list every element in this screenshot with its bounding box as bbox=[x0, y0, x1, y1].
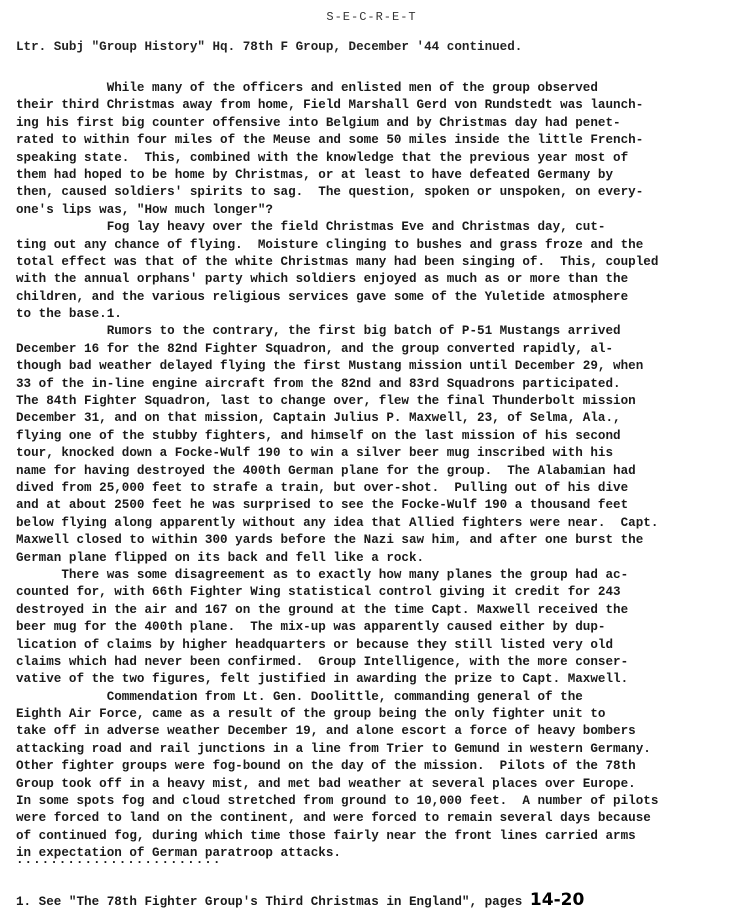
text-line: Other fighter groups were fog-bound on t… bbox=[16, 758, 728, 775]
text-line: The 84th Fighter Squadron, last to chang… bbox=[16, 393, 728, 410]
text-line: beer mug for the 400th plane. The mix-up… bbox=[16, 619, 728, 636]
text-line: Maxwell closed to within 300 yards befor… bbox=[16, 532, 728, 549]
text-line: below flying along apparently without an… bbox=[16, 515, 728, 532]
text-line: rated to within four miles of the Meuse … bbox=[16, 132, 728, 149]
text-line: destroyed in the air and 167 on the grou… bbox=[16, 602, 728, 619]
text-line: Rumors to the contrary, the first big ba… bbox=[16, 323, 728, 340]
classification-marking: S-E-C-R-E-T bbox=[0, 10, 743, 24]
text-line: speaking state. This, combined with the … bbox=[16, 150, 728, 167]
text-line: Fog lay heavy over the field Christmas E… bbox=[16, 219, 728, 236]
text-line: flying one of the stubby fighters, and h… bbox=[16, 428, 728, 445]
text-line: December 16 for the 82nd Fighter Squadro… bbox=[16, 341, 728, 358]
text-line: Eighth Air Force, came as a result of th… bbox=[16, 706, 728, 723]
text-line: then, caused soldiers' spirits to sag. T… bbox=[16, 184, 728, 201]
document-page: S-E-C-R-E-T Ltr. Subj "Group History" Hq… bbox=[0, 0, 743, 924]
text-line: lication of claims by higher headquarter… bbox=[16, 637, 728, 654]
text-line: take off in adverse weather December 19,… bbox=[16, 723, 728, 740]
footnote-separator: ........................ bbox=[16, 853, 221, 867]
text-line: and at about 2500 feet he was surprised … bbox=[16, 497, 728, 514]
text-line: their third Christmas away from home, Fi… bbox=[16, 97, 728, 114]
text-line: vative of the two figures, felt justifie… bbox=[16, 671, 728, 688]
document-body: While many of the officers and enlisted … bbox=[16, 80, 728, 863]
text-line: Commendation from Lt. Gen. Doolittle, co… bbox=[16, 689, 728, 706]
text-line: tour, knocked down a Focke-Wulf 190 to w… bbox=[16, 445, 728, 462]
text-line: German plane flipped on its back and fel… bbox=[16, 550, 728, 567]
text-line: children, and the various religious serv… bbox=[16, 289, 728, 306]
text-line: though bad weather delayed flying the fi… bbox=[16, 358, 728, 375]
text-line: ing his first big counter offensive into… bbox=[16, 115, 728, 132]
text-line: of continued fog, during which time thos… bbox=[16, 828, 728, 845]
footnote-pages-handwritten: 14-20 bbox=[530, 890, 584, 910]
text-line: one's lips was, "How much longer"? bbox=[16, 202, 728, 219]
text-line: attacking road and rail junctions in a l… bbox=[16, 741, 728, 758]
text-line: 33 of the in-line engine aircraft from t… bbox=[16, 376, 728, 393]
text-line: with the annual orphans' party which sol… bbox=[16, 271, 728, 288]
text-line: ting out any chance of flying. Moisture … bbox=[16, 237, 728, 254]
text-line: counted for, with 66th Fighter Wing stat… bbox=[16, 584, 728, 601]
text-line: name for having destroyed the 400th Germ… bbox=[16, 463, 728, 480]
text-line: While many of the officers and enlisted … bbox=[16, 80, 728, 97]
text-line: total effect was that of the white Chris… bbox=[16, 254, 728, 271]
letter-header: Ltr. Subj "Group History" Hq. 78th F Gro… bbox=[16, 40, 522, 54]
footnote-text: 1. See "The 78th Fighter Group's Third C… bbox=[16, 895, 530, 909]
text-line: to the base.1. bbox=[16, 306, 728, 323]
text-line: In some spots fog and cloud stretched fr… bbox=[16, 793, 728, 810]
text-line: Group took off in a heavy mist, and met … bbox=[16, 776, 728, 793]
footnote: 1. See "The 78th Fighter Group's Third C… bbox=[16, 890, 584, 910]
text-line: were forced to land on the continent, an… bbox=[16, 810, 728, 827]
text-line: dived from 25,000 feet to strafe a train… bbox=[16, 480, 728, 497]
text-line: them had hoped to be home by Christmas, … bbox=[16, 167, 728, 184]
text-line: There was some disagreement as to exactl… bbox=[16, 567, 728, 584]
text-line: claims which had never been confirmed. G… bbox=[16, 654, 728, 671]
text-line: December 31, and on that mission, Captai… bbox=[16, 410, 728, 427]
